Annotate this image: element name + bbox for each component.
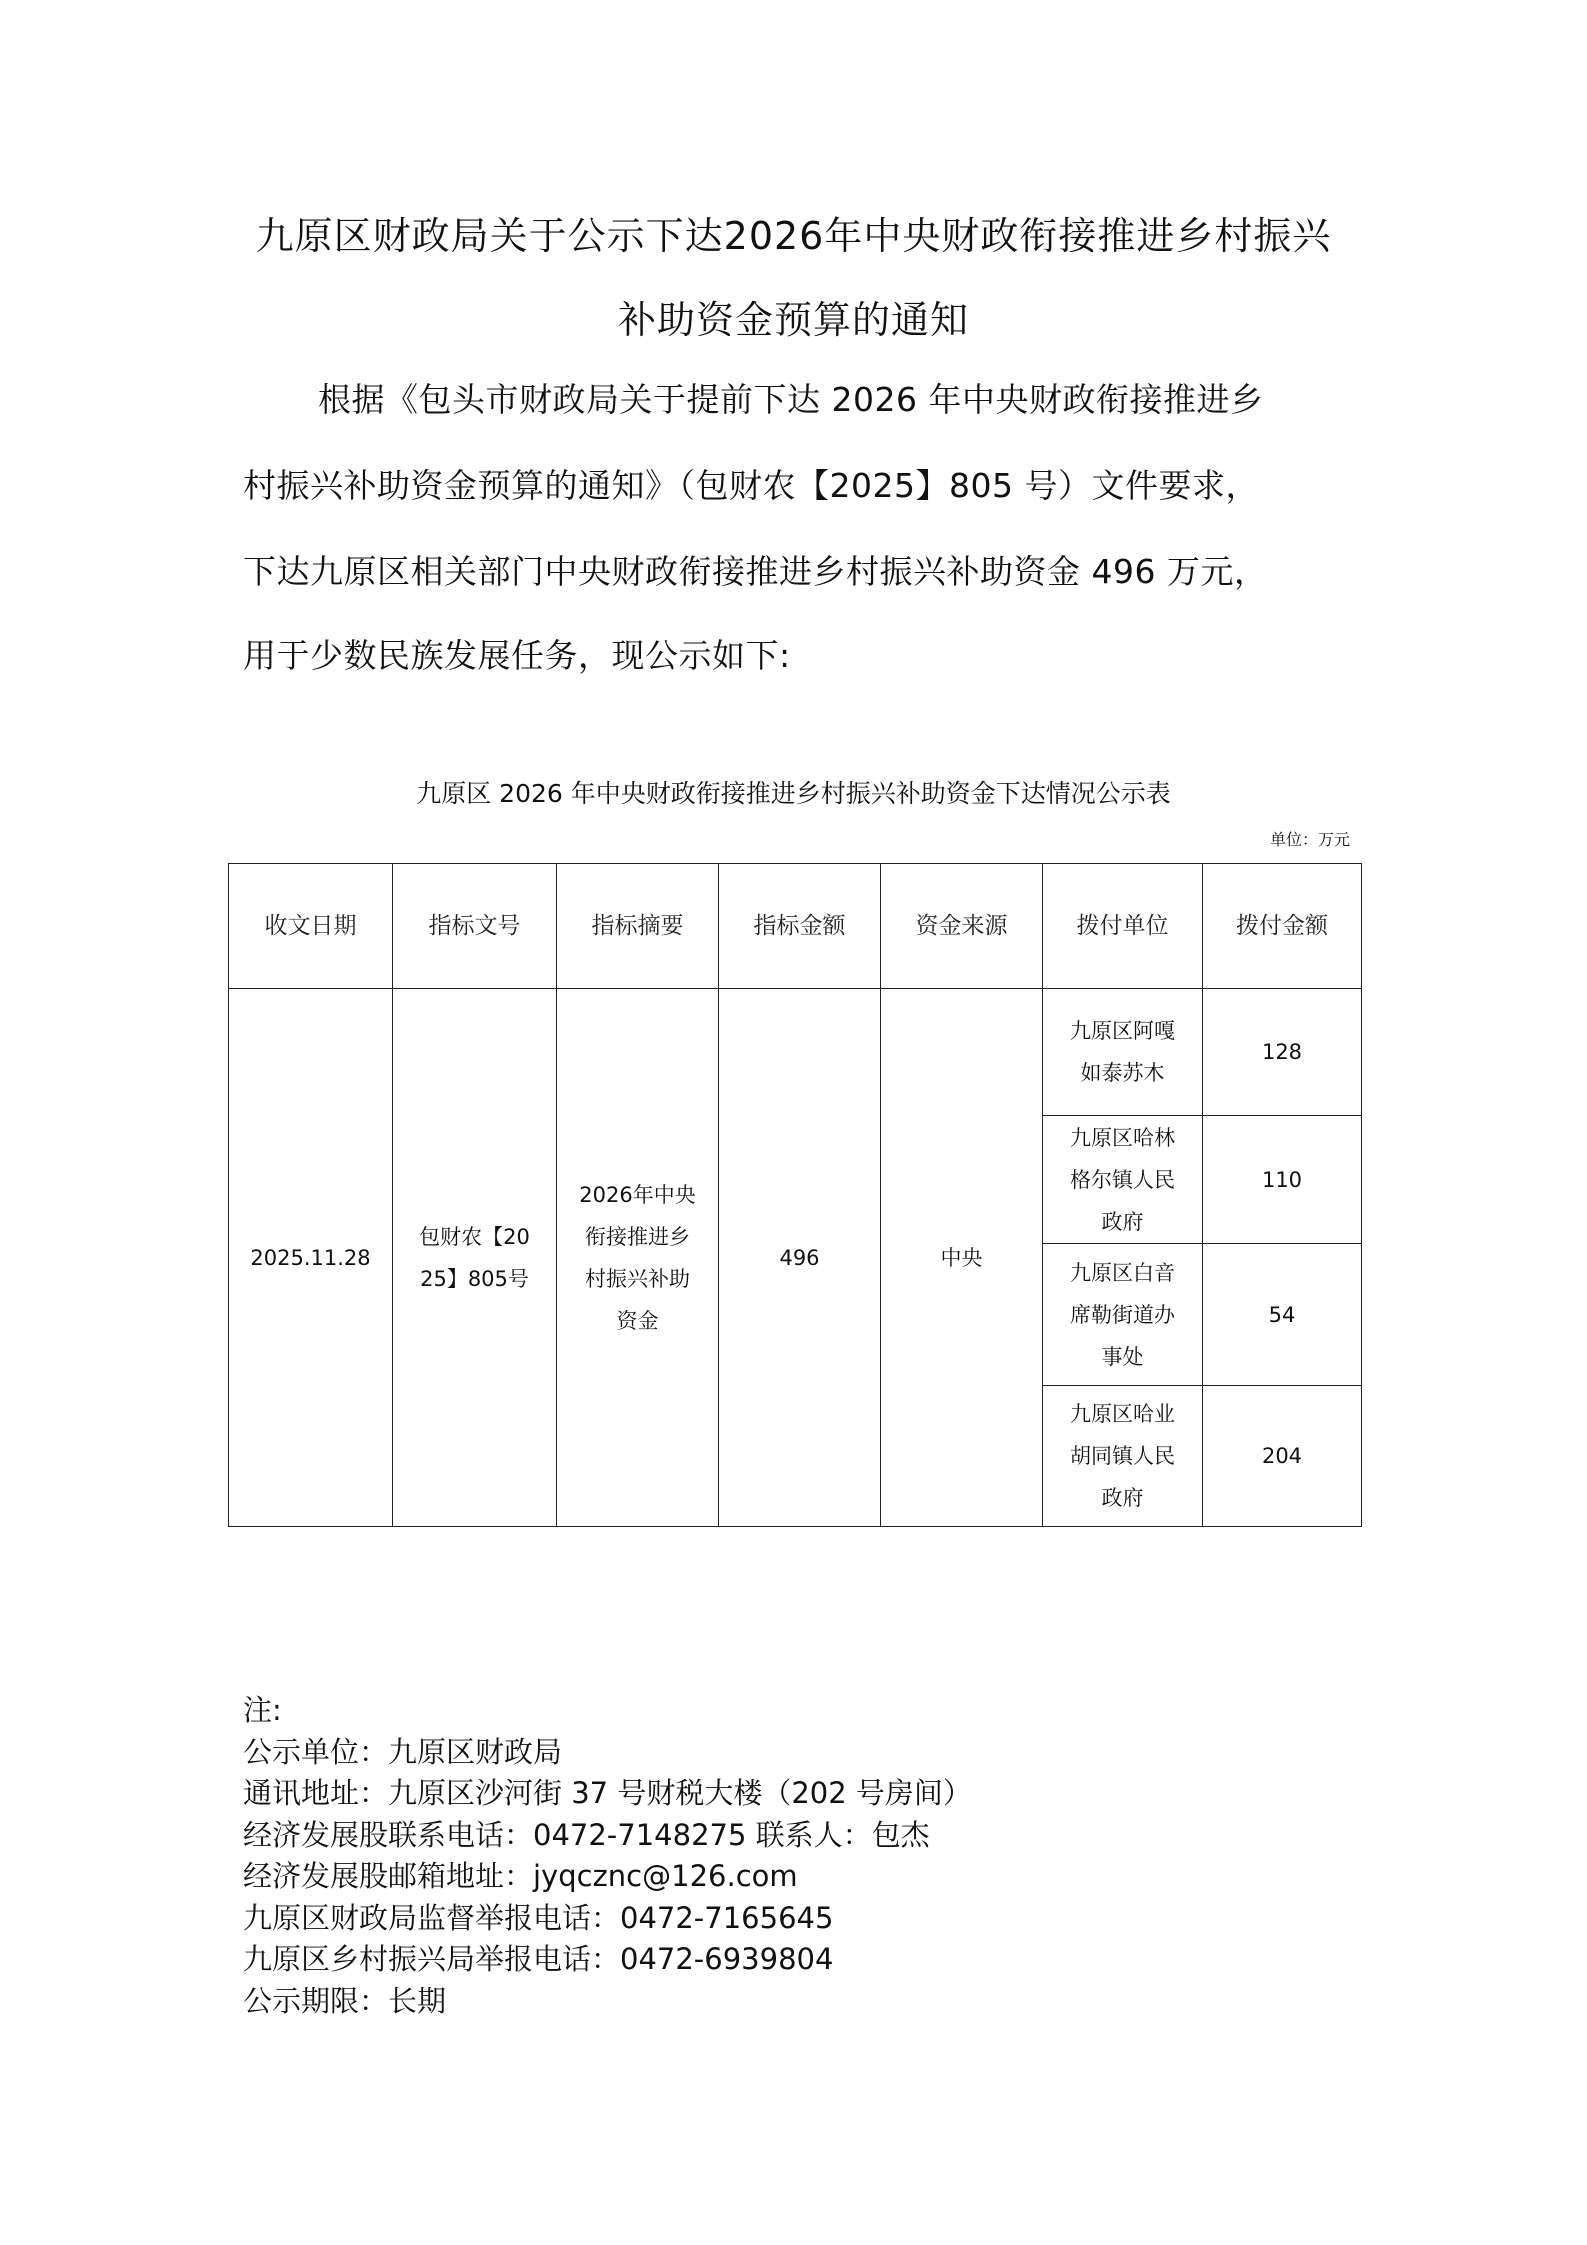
table-caption: 九原区 2026 年中央财政衔接推进乡村振兴补助资金下达情况公示表 — [0, 778, 1587, 810]
cell-allocated-amount: 128 — [1203, 989, 1362, 1116]
unit-label: 单位：万元 — [1270, 830, 1350, 850]
allocated-amount-text: 54 — [1269, 1303, 1296, 1327]
cell-allocated-amount: 110 — [1203, 1116, 1362, 1244]
body-paragraph-line-4: 用于少数民族发展任务，现公示如下: — [243, 634, 791, 678]
cell-recipient-unit: 九原区阿嘎如泰苏木 — [1043, 989, 1203, 1116]
header-allocated-amount: 拨付金额 — [1203, 864, 1362, 989]
receive-date-text: 2025.11.28 — [250, 1246, 370, 1270]
document-title-line-2: 补助资金预算的通知 — [0, 296, 1587, 344]
notes-section: 注: 公示单位：九原区财政局 通讯地址：九原区沙河街 37 号财税大楼（202 … — [243, 1690, 972, 2022]
recipient-unit-text: 九原区哈林格尔镇人民政府 — [1063, 1117, 1183, 1243]
index-amount-text: 496 — [779, 1246, 819, 1270]
note-finance-hotline: 九原区财政局监督举报电话：0472-7165645 — [243, 1898, 972, 1940]
cell-receive-date: 2025.11.28 — [229, 989, 393, 1527]
allocated-amount-text: 128 — [1262, 1040, 1302, 1064]
allocation-table: 收文日期 指标文号 指标摘要 指标金额 资金来源 拨付单位 拨付金额 2025.… — [228, 863, 1362, 1527]
note-email: 经济发展股邮箱地址：jyqcznc@126.com — [243, 1856, 972, 1898]
cell-recipient-unit: 九原区白音席勒街道办事处 — [1043, 1244, 1203, 1386]
body-paragraph-line-1: 根据《包头市财政局关于提前下达 2026 年中央财政衔接推进乡 — [318, 378, 1263, 422]
recipient-unit-text: 九原区哈业胡同镇人民政府 — [1063, 1393, 1183, 1519]
header-receive-date: 收文日期 — [229, 864, 393, 989]
table-row: 2025.11.28 包财农【2025】805号 2026年中央衔接推进乡村振兴… — [229, 989, 1362, 1116]
recipient-unit-text: 九原区白音席勒街道办事处 — [1063, 1252, 1183, 1378]
cell-doc-number: 包财农【2025】805号 — [393, 989, 557, 1527]
note-address: 通讯地址：九原区沙河街 37 号财税大楼（202 号房间） — [243, 1773, 972, 1815]
cell-allocated-amount: 54 — [1203, 1244, 1362, 1386]
cell-recipient-unit: 九原区哈林格尔镇人民政府 — [1043, 1116, 1203, 1244]
header-fund-source: 资金来源 — [881, 864, 1043, 989]
note-publish-period: 公示期限：长期 — [243, 1981, 972, 2023]
header-summary: 指标摘要 — [557, 864, 719, 989]
note-publishing-unit: 公示单位：九原区财政局 — [243, 1732, 972, 1774]
note-rural-hotline: 九原区乡村振兴局举报电话：0472-6939804 — [243, 1939, 972, 1981]
cell-allocated-amount: 204 — [1203, 1386, 1362, 1527]
document-title-line-1: 九原区财政局关于公示下达2026年中央财政衔接推进乡村振兴 — [0, 212, 1587, 260]
document-page: 九原区财政局关于公示下达2026年中央财政衔接推进乡村振兴 补助资金预算的通知 … — [0, 0, 1587, 2245]
cell-index-amount: 496 — [719, 989, 881, 1527]
table-header-row: 收文日期 指标文号 指标摘要 指标金额 资金来源 拨付单位 拨付金额 — [229, 864, 1362, 989]
body-paragraph-line-2: 村振兴补助资金预算的通知》（包财农【2025】805 号）文件要求， — [243, 464, 1259, 508]
summary-text: 2026年中央衔接推进乡村振兴补助资金 — [578, 1174, 698, 1342]
header-recipient-unit: 拨付单位 — [1043, 864, 1203, 989]
allocated-amount-text: 204 — [1262, 1444, 1302, 1468]
body-paragraph-line-3: 下达九原区相关部门中央财政衔接推进乡村振兴补助资金 496 万元， — [243, 550, 1267, 594]
cell-fund-source: 中央 — [881, 989, 1043, 1527]
cell-summary: 2026年中央衔接推进乡村振兴补助资金 — [557, 989, 719, 1527]
header-doc-number: 指标文号 — [393, 864, 557, 989]
note-contact-phone: 经济发展股联系电话：0472-7148275 联系人：包杰 — [243, 1815, 972, 1857]
fund-source-text: 中央 — [941, 1246, 983, 1270]
notes-heading: 注: — [243, 1690, 972, 1732]
header-index-amount: 指标金额 — [719, 864, 881, 989]
cell-recipient-unit: 九原区哈业胡同镇人民政府 — [1043, 1386, 1203, 1527]
doc-number-text: 包财农【2025】805号 — [415, 1216, 535, 1300]
recipient-unit-text: 九原区阿嘎如泰苏木 — [1063, 1010, 1183, 1094]
allocated-amount-text: 110 — [1262, 1168, 1302, 1192]
